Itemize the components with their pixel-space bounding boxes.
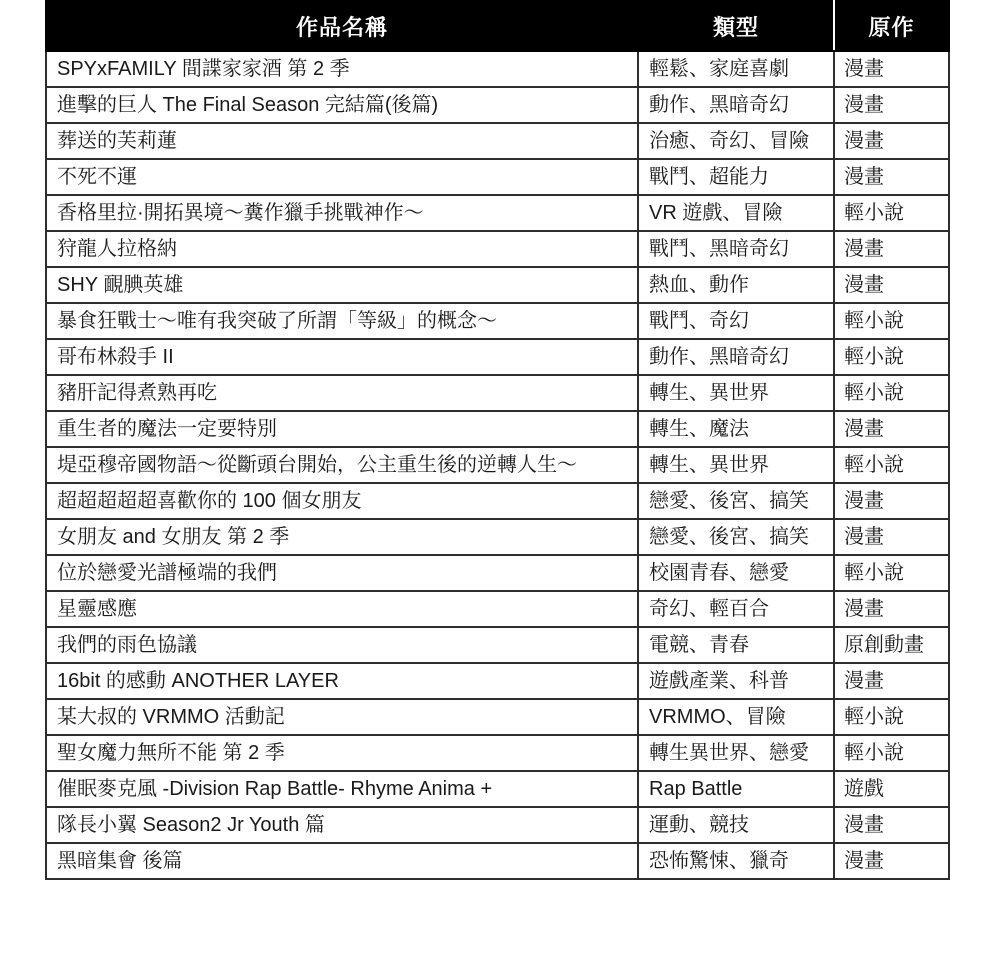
- source-cell: 原創動畫: [834, 627, 949, 663]
- table-row: 我們的雨色協議 電競、青春 原創動畫: [46, 627, 949, 663]
- genre-cell: 戰鬥、奇幻: [638, 303, 834, 339]
- table-row: SPYxFAMILY 間諜家家酒 第 2 季 輕鬆、家庭喜劇 漫畫: [46, 51, 949, 87]
- table-row: SHY 靦腆英雄 熱血、動作 漫畫: [46, 267, 949, 303]
- source-cell: 漫畫: [834, 87, 949, 123]
- work-title-cell: 星靈感應: [46, 591, 638, 627]
- table-row: 星靈感應 奇幻、輕百合 漫畫: [46, 591, 949, 627]
- source-cell: 遊戲: [834, 771, 949, 807]
- source-cell: 漫畫: [834, 519, 949, 555]
- works-table-container: 作品名稱 類型 原作 SPYxFAMILY 間諜家家酒 第 2 季 輕鬆、家庭喜…: [45, 0, 948, 880]
- table-row: 暴食狂戰士～唯有我突破了所謂「等級」的概念～ 戰鬥、奇幻 輕小說: [46, 303, 949, 339]
- table-row: 葬送的芙莉蓮 治癒、奇幻、冒險 漫畫: [46, 123, 949, 159]
- work-title-cell: 聖女魔力無所不能 第 2 季: [46, 735, 638, 771]
- genre-cell: 電競、青春: [638, 627, 834, 663]
- table-body: SPYxFAMILY 間諜家家酒 第 2 季 輕鬆、家庭喜劇 漫畫 進擊的巨人 …: [46, 51, 949, 879]
- table-row: 超超超超超喜歡你的 100 個女朋友 戀愛、後宮、搞笑 漫畫: [46, 483, 949, 519]
- work-title-cell: 催眠麥克風 -Division Rap Battle- Rhyme Anima …: [46, 771, 638, 807]
- genre-cell: 輕鬆、家庭喜劇: [638, 51, 834, 87]
- source-cell: 輕小說: [834, 195, 949, 231]
- genre-cell: 遊戲產業、科普: [638, 663, 834, 699]
- table-row: 隊長小翼 Season2 Jr Youth 篇 運動、競技 漫畫: [46, 807, 949, 843]
- genre-cell: 戀愛、後宮、搞笑: [638, 483, 834, 519]
- table-row: 豬肝記得煮熟再吃 轉生、異世界 輕小說: [46, 375, 949, 411]
- source-cell: 漫畫: [834, 663, 949, 699]
- table-row: 聖女魔力無所不能 第 2 季 轉生異世界、戀愛 輕小說: [46, 735, 949, 771]
- source-cell: 漫畫: [834, 51, 949, 87]
- column-header-source: 原作: [834, 1, 949, 51]
- column-header-genre: 類型: [638, 1, 834, 51]
- genre-cell: VR 遊戲、冒險: [638, 195, 834, 231]
- header-row: 作品名稱 類型 原作: [46, 1, 949, 51]
- work-title-cell: 葬送的芙莉蓮: [46, 123, 638, 159]
- source-cell: 漫畫: [834, 123, 949, 159]
- genre-cell: Rap Battle: [638, 771, 834, 807]
- work-title-cell: 我們的雨色協議: [46, 627, 638, 663]
- genre-cell: 校園青春、戀愛: [638, 555, 834, 591]
- genre-cell: 轉生異世界、戀愛: [638, 735, 834, 771]
- source-cell: 輕小說: [834, 339, 949, 375]
- table-row: 位於戀愛光譜極端的我們 校園青春、戀愛 輕小說: [46, 555, 949, 591]
- work-title-cell: 香格里拉·開拓異境～糞作獵手挑戰神作～: [46, 195, 638, 231]
- genre-cell: 熱血、動作: [638, 267, 834, 303]
- source-cell: 漫畫: [834, 159, 949, 195]
- work-title-cell: 重生者的魔法一定要特別: [46, 411, 638, 447]
- work-title-cell: 女朋友 and 女朋友 第 2 季: [46, 519, 638, 555]
- table-row: 16bit 的感動 ANOTHER LAYER 遊戲產業、科普 漫畫: [46, 663, 949, 699]
- genre-cell: 治癒、奇幻、冒險: [638, 123, 834, 159]
- genre-cell: 戀愛、後宮、搞笑: [638, 519, 834, 555]
- works-table: 作品名稱 類型 原作 SPYxFAMILY 間諜家家酒 第 2 季 輕鬆、家庭喜…: [45, 0, 950, 880]
- work-title-cell: 進擊的巨人 The Final Season 完結篇(後篇): [46, 87, 638, 123]
- genre-cell: 戰鬥、黑暗奇幻: [638, 231, 834, 267]
- source-cell: 漫畫: [834, 267, 949, 303]
- table-row: 哥布林殺手 II 動作、黑暗奇幻 輕小說: [46, 339, 949, 375]
- work-title-cell: 狩龍人拉格納: [46, 231, 638, 267]
- source-cell: 輕小說: [834, 735, 949, 771]
- genre-cell: 轉生、異世界: [638, 447, 834, 483]
- genre-cell: 轉生、魔法: [638, 411, 834, 447]
- source-cell: 漫畫: [834, 843, 949, 879]
- table-row: 某大叔的 VRMMO 活動記 VRMMO、冒險 輕小說: [46, 699, 949, 735]
- source-cell: 漫畫: [834, 807, 949, 843]
- table-row: 堤亞穆帝國物語～從斷頭台開始，公主重生後的逆轉人生～ 轉生、異世界 輕小說: [46, 447, 949, 483]
- table-row: 狩龍人拉格納 戰鬥、黑暗奇幻 漫畫: [46, 231, 949, 267]
- genre-cell: 運動、競技: [638, 807, 834, 843]
- work-title-cell: 堤亞穆帝國物語～從斷頭台開始，公主重生後的逆轉人生～: [46, 447, 638, 483]
- table-row: 催眠麥克風 -Division Rap Battle- Rhyme Anima …: [46, 771, 949, 807]
- source-cell: 輕小說: [834, 699, 949, 735]
- work-title-cell: SHY 靦腆英雄: [46, 267, 638, 303]
- genre-cell: 動作、黑暗奇幻: [638, 87, 834, 123]
- table-row: 進擊的巨人 The Final Season 完結篇(後篇) 動作、黑暗奇幻 漫…: [46, 87, 949, 123]
- work-title-cell: 超超超超超喜歡你的 100 個女朋友: [46, 483, 638, 519]
- table-row: 重生者的魔法一定要特別 轉生、魔法 漫畫: [46, 411, 949, 447]
- work-title-cell: 暴食狂戰士～唯有我突破了所謂「等級」的概念～: [46, 303, 638, 339]
- source-cell: 漫畫: [834, 411, 949, 447]
- genre-cell: 轉生、異世界: [638, 375, 834, 411]
- source-cell: 漫畫: [834, 483, 949, 519]
- source-cell: 輕小說: [834, 303, 949, 339]
- work-title-cell: 不死不運: [46, 159, 638, 195]
- work-title-cell: SPYxFAMILY 間諜家家酒 第 2 季: [46, 51, 638, 87]
- work-title-cell: 隊長小翼 Season2 Jr Youth 篇: [46, 807, 638, 843]
- table-row: 黑暗集會 後篇 恐怖驚悚、獵奇 漫畫: [46, 843, 949, 879]
- source-cell: 輕小說: [834, 375, 949, 411]
- source-cell: 漫畫: [834, 591, 949, 627]
- genre-cell: 奇幻、輕百合: [638, 591, 834, 627]
- table-row: 女朋友 and 女朋友 第 2 季 戀愛、後宮、搞笑 漫畫: [46, 519, 949, 555]
- source-cell: 漫畫: [834, 231, 949, 267]
- genre-cell: 動作、黑暗奇幻: [638, 339, 834, 375]
- work-title-cell: 位於戀愛光譜極端的我們: [46, 555, 638, 591]
- column-header-title: 作品名稱: [46, 1, 638, 51]
- genre-cell: VRMMO、冒險: [638, 699, 834, 735]
- table-row: 不死不運 戰鬥、超能力 漫畫: [46, 159, 949, 195]
- work-title-cell: 哥布林殺手 II: [46, 339, 638, 375]
- source-cell: 輕小說: [834, 555, 949, 591]
- genre-cell: 戰鬥、超能力: [638, 159, 834, 195]
- work-title-cell: 16bit 的感動 ANOTHER LAYER: [46, 663, 638, 699]
- work-title-cell: 某大叔的 VRMMO 活動記: [46, 699, 638, 735]
- genre-cell: 恐怖驚悚、獵奇: [638, 843, 834, 879]
- table-row: 香格里拉·開拓異境～糞作獵手挑戰神作～ VR 遊戲、冒險 輕小說: [46, 195, 949, 231]
- work-title-cell: 豬肝記得煮熟再吃: [46, 375, 638, 411]
- source-cell: 輕小說: [834, 447, 949, 483]
- work-title-cell: 黑暗集會 後篇: [46, 843, 638, 879]
